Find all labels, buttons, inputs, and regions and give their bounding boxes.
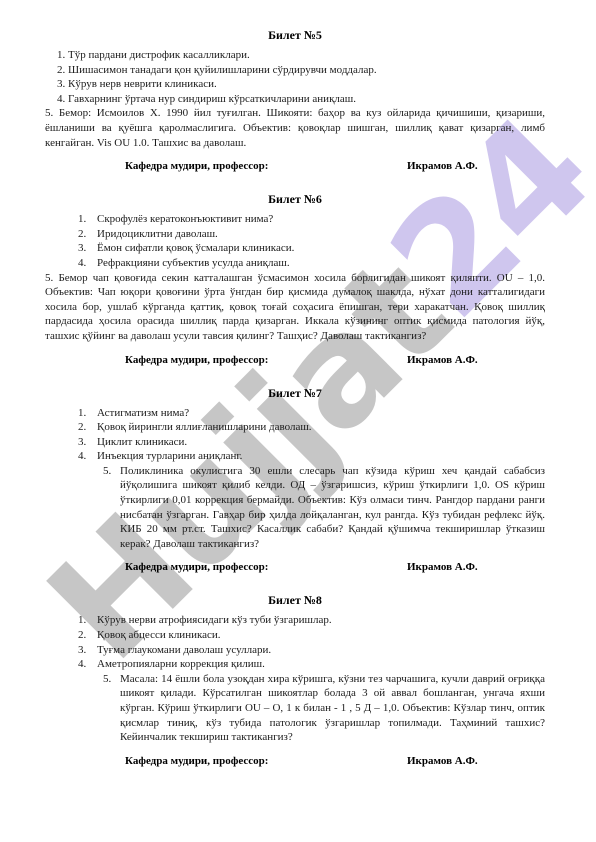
question-item: 4.Инъекция турларини аниқланг. xyxy=(45,449,545,464)
question-item: 3.Циклит клиникаси. xyxy=(45,435,545,450)
question-item: 1.Скрофулёз кератоконъюктивит нима? xyxy=(45,212,545,227)
question-item: 4.Рефракцияни субъектив усулда аниқлаш. xyxy=(45,256,545,271)
item-text: Кўрув нерв неврити клиникаси. xyxy=(68,78,217,90)
item-text: Астигматизм нима? xyxy=(97,407,189,419)
signature-label: Кафедра мудири, профессор: xyxy=(125,353,268,368)
ticket-title: Билет №8 xyxy=(45,593,545,608)
signature-label: Кафедра мудири, профессор: xyxy=(125,560,268,575)
question-item: 1. Тўр пардани дистрофик касалликлари. xyxy=(45,48,545,63)
signature-line: Кафедра мудири, профессор: Икрамов А.Ф. xyxy=(45,754,545,769)
question-item: 2. Шишасимон танадаги қон қуйилишларини … xyxy=(45,63,545,78)
item-text: Рефракцияни субъектив усулда аниқлаш. xyxy=(97,257,290,269)
ticket-section-6: Билет №6 1.Скрофулёз кератоконъюктивит н… xyxy=(45,192,545,367)
item-text: Ёмон сифатли қовоқ ўсмалари клиникаси. xyxy=(97,242,294,254)
question-item: 4. Гавхарнинг ўртача нур синдириш кўрсат… xyxy=(45,92,545,107)
case-text: Бемор: Исмоилов Х. 1990 йил туғилган. Ши… xyxy=(45,107,545,148)
signature-line: Кафедра мудири, профессор: Икрамов А.Ф. xyxy=(45,159,545,174)
signature-name: Икрамов А.Ф. xyxy=(407,353,478,368)
case-text: Бемор чап қовоғида секин катталашган ўсм… xyxy=(45,272,545,342)
case-number: 5. xyxy=(45,107,53,119)
case-paragraph: 5.Масала: 14 ёшли бола узоқдан хира кўри… xyxy=(45,672,545,745)
question-item: 2.Қовоқ абцесси клиникаси. xyxy=(45,628,545,643)
case-paragraph: 5.Поликлиника окулистига 30 ешли слесарь… xyxy=(45,464,545,552)
ticket-section-5: Билет №5 1. Тўр пардани дистрофик касалл… xyxy=(45,28,545,174)
item-number: 3. xyxy=(78,435,86,450)
question-item: 2.Иридоциклитни даволаш. xyxy=(45,227,545,242)
question-list: 1.Кўрув нерви атрофиясидаги кўз туби ўзг… xyxy=(45,613,545,671)
ticket-section-8: Билет №8 1.Кўрув нерви атрофиясидаги кўз… xyxy=(45,593,545,768)
item-text: Кўрув нерви атрофиясидаги кўз туби ўзгар… xyxy=(97,614,332,626)
ticket-title: Билет №6 xyxy=(45,192,545,207)
signature-name: Икрамов А.Ф. xyxy=(407,754,478,769)
item-number: 2. xyxy=(78,227,86,242)
item-text: Скрофулёз кератоконъюктивит нима? xyxy=(97,213,273,225)
item-text: Иридоциклитни даволаш. xyxy=(97,228,218,240)
item-number: 3. xyxy=(57,78,65,90)
item-number: 4. xyxy=(78,449,86,464)
item-text: Тўр пардани дистрофик касалликлари. xyxy=(68,49,250,61)
item-text: Туғма глаукомани даволаш усуллари. xyxy=(97,644,271,656)
item-number: 1. xyxy=(78,613,86,628)
question-item: 1.Кўрув нерви атрофиясидаги кўз туби ўзг… xyxy=(45,613,545,628)
question-item: 3.Туғма глаукомани даволаш усуллари. xyxy=(45,643,545,658)
signature-name: Икрамов А.Ф. xyxy=(407,560,478,575)
question-list: 1.Астигматизм нима? 2.Қовоқ йирингли ялл… xyxy=(45,406,545,464)
signature-label: Кафедра мудири, профессор: xyxy=(125,754,268,769)
item-number: 4. xyxy=(57,93,65,105)
item-number: 1. xyxy=(78,406,86,421)
item-number: 4. xyxy=(78,256,86,271)
document-page: Hujjat24 Билет №5 1. Тўр пардани дистроф… xyxy=(0,0,596,842)
case-number: 5. xyxy=(103,464,111,479)
item-number: 2. xyxy=(78,420,86,435)
item-number: 2. xyxy=(78,628,86,643)
item-number: 1. xyxy=(57,49,65,61)
item-number: 3. xyxy=(78,643,86,658)
question-list: 1.Скрофулёз кератоконъюктивит нима? 2.Ир… xyxy=(45,212,545,270)
case-paragraph: 5. Бемор чап қовоғида секин катталашган … xyxy=(45,271,545,344)
item-text: Циклит клиникаси. xyxy=(97,436,187,448)
case-paragraph: 5. Бемор: Исмоилов Х. 1990 йил туғилган.… xyxy=(45,106,545,150)
signature-name: Икрамов А.Ф. xyxy=(407,159,478,174)
item-text: Аметропияларни коррекция қилиш. xyxy=(97,658,265,670)
item-number: 3. xyxy=(78,241,86,256)
page-content: Билет №5 1. Тўр пардани дистрофик касалл… xyxy=(0,0,596,769)
question-item: 4.Аметропияларни коррекция қилиш. xyxy=(45,657,545,672)
item-text: Шишасимон танадаги қон қуйилишларини сўр… xyxy=(68,64,377,76)
item-number: 4. xyxy=(78,657,86,672)
question-item: 3.Ёмон сифатли қовоқ ўсмалари клиникаси. xyxy=(45,241,545,256)
signature-line: Кафедра мудири, профессор: Икрамов А.Ф. xyxy=(45,353,545,368)
case-number: 5. xyxy=(103,672,111,687)
signature-line: Кафедра мудири, профессор: Икрамов А.Ф. xyxy=(45,560,545,575)
question-list: 1. Тўр пардани дистрофик касалликлари. 2… xyxy=(45,48,545,106)
case-number: 5. xyxy=(45,272,53,284)
item-number: 1. xyxy=(78,212,86,227)
item-text: Қовоқ йирингли яллиғланишларини даволаш. xyxy=(97,421,312,433)
case-text: Масала: 14 ёшли бола узоқдан хира кўришг… xyxy=(120,673,545,743)
signature-label: Кафедра мудири, профессор: xyxy=(125,159,268,174)
item-text: Қовоқ абцесси клиникаси. xyxy=(97,629,221,641)
ticket-title: Билет №5 xyxy=(45,28,545,43)
item-text: Гавхарнинг ўртача нур синдириш кўрсаткич… xyxy=(68,93,356,105)
ticket-title: Билет №7 xyxy=(45,386,545,401)
ticket-section-7: Билет №7 1.Астигматизм нима? 2.Қовоқ йир… xyxy=(45,386,545,576)
question-item: 2.Қовоқ йирингли яллиғланишларини давола… xyxy=(45,420,545,435)
item-text: Инъекция турларини аниқланг. xyxy=(97,450,242,462)
case-text: Поликлиника окулистига 30 ешли слесарь ч… xyxy=(120,465,545,550)
item-number: 2. xyxy=(57,64,65,76)
question-item: 3. Кўрув нерв неврити клиникаси. xyxy=(45,77,545,92)
question-item: 1.Астигматизм нима? xyxy=(45,406,545,421)
